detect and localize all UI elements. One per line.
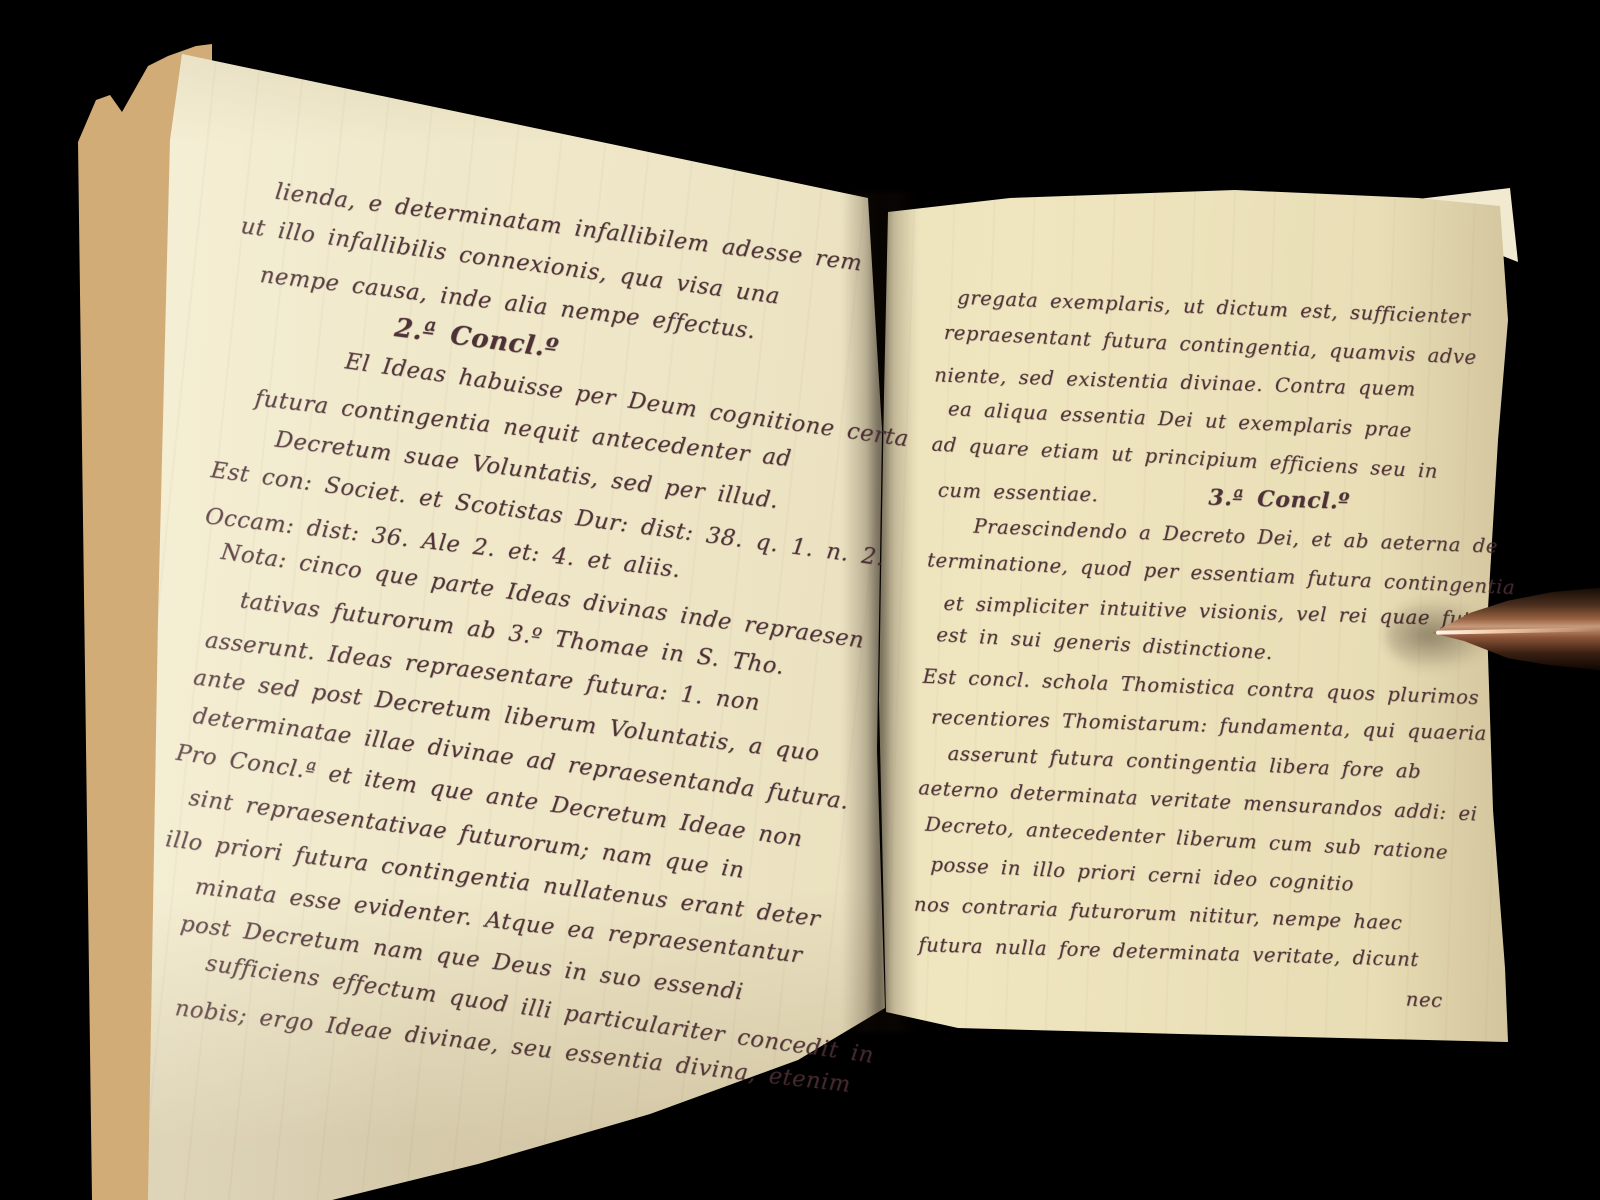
manuscript-line-text: cum essentiae. [938,479,1099,507]
left-page-handwriting: lienda, e determinatam infallibilem ades… [143,168,883,1101]
photo-of-open-manuscript: lienda, e determinatam infallibilem ades… [0,0,1600,1200]
section-heading: 3.ª Concl.º [1208,485,1350,515]
